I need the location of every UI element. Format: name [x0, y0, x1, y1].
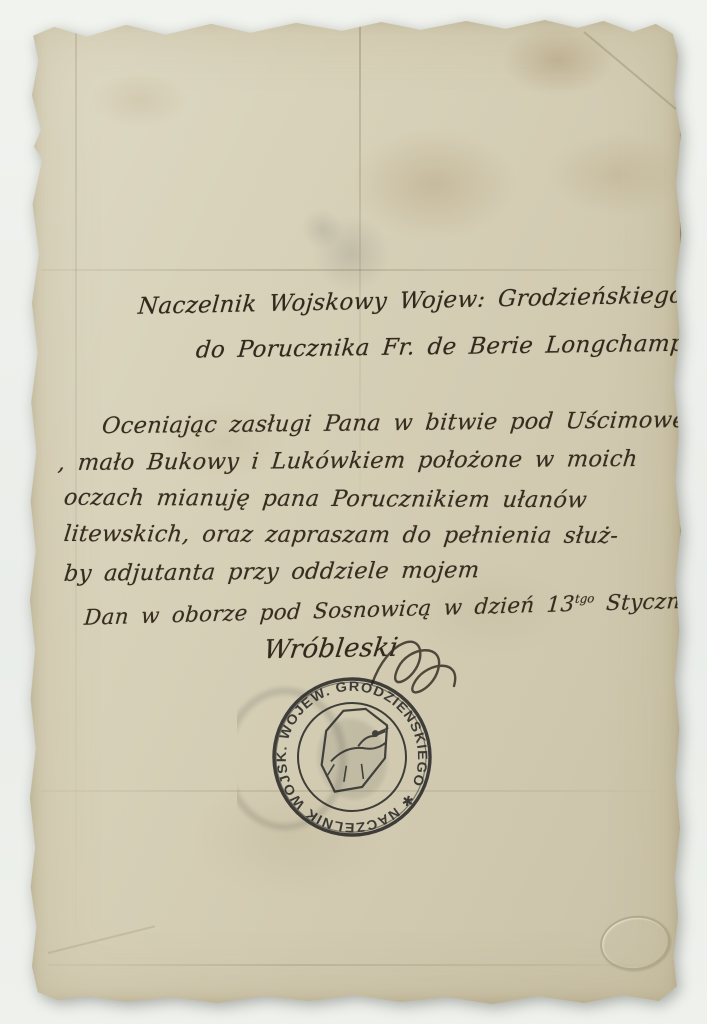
- embossed-dry-seal: [597, 911, 674, 974]
- photo-background: Naczelnik Wojskowy Wojew: Grodzieńskiego…: [0, 0, 707, 1024]
- heading-line-2: do Porucznika Fr. de Berie Longchamps: [195, 330, 699, 363]
- date-line-prefix: Dan w oborze pod Sosnowicą w dzień 13: [83, 592, 575, 631]
- date-superscript: tgo: [574, 591, 594, 606]
- document-paper: Naczelnik Wojskowy Wojew: Grodzieńskiego…: [28, 16, 682, 1006]
- date-line-suffix: Stycznia 1864: [593, 587, 707, 617]
- official-stamp: ✱ NACZELNIK WOJSK. WOJEW. GRODZIENSKIEGO: [237, 667, 467, 852]
- crease-top-right-diagonal: [583, 31, 676, 110]
- fold-crease-upper-horizontal: [41, 269, 669, 271]
- crease-bottom-left-diagonal: [47, 925, 154, 954]
- date-line: Dan w oborze pod Sosnowicą w dzień 13tgo…: [83, 586, 707, 630]
- heading-line-1: Naczelnik Wojskowy Wojew: Grodzieńskiego…: [137, 282, 692, 320]
- body-line-3: oczach mianuję pana Porucznikiem ułanów: [63, 485, 589, 514]
- body-line-1: Oceniając zasługi Pana w bitwie pod Uści…: [101, 407, 707, 439]
- body-line-4: litewskich, oraz zapraszam do pełnienia …: [63, 521, 620, 549]
- body-line-5: by adjutanta przy oddziele mojem: [63, 557, 481, 587]
- body-line-2: , mało Bukowy i Lukówkiem położone w moi…: [57, 446, 639, 476]
- fold-crease-bottom-horizontal: [48, 964, 663, 966]
